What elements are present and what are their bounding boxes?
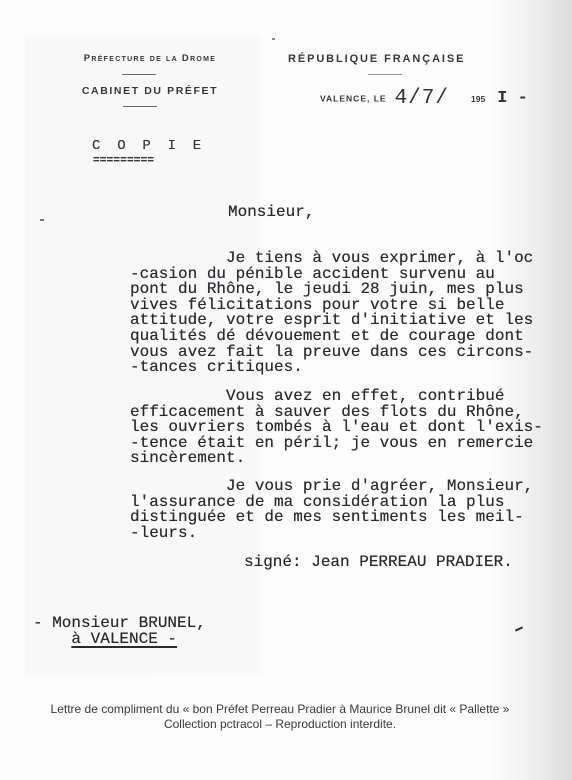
place-and-date: VALENCE, LE4/7/195I -: [320, 87, 528, 110]
signature: signé: Jean PERREAU PRADIER.: [244, 555, 513, 571]
scanned-letter-page: Préfecture de la Drome CABINET DU PRÉFET…: [0, 0, 572, 780]
salutation: Monsieur,: [228, 205, 314, 221]
addressee-indent: [33, 630, 71, 648]
copy-label: C O P I E: [92, 139, 205, 155]
letterhead-prefecture: Préfecture de la Drome: [55, 53, 245, 64]
letterhead-republique: RÉPUBLIQUE FRANÇAISE: [288, 53, 488, 65]
year-prefix: 195: [471, 94, 485, 104]
body-paragraph: Je tiens à vous exprimer, à l'oc -casion…: [130, 251, 533, 376]
ink-mark: [515, 626, 523, 631]
caption-line-2: Collection pctracol – Reproduction inter…: [0, 717, 560, 732]
body-paragraph: Je vous prie d'agréer, Monsieur, l'assur…: [130, 479, 533, 541]
addressee: - Monsieur BRUNEL, à VALENCE -: [33, 616, 206, 647]
letterhead-rule: [122, 74, 156, 75]
letterhead-cabinet: CABINET DU PRÉFET: [55, 85, 245, 97]
typed-date: 4/7/: [395, 87, 449, 110]
caption: Lettre de compliment du « bon Préfet Per…: [0, 702, 560, 732]
copy-underline: =========: [93, 154, 154, 170]
place-label: VALENCE, LE: [320, 94, 387, 104]
body-paragraph: Vous avez en effet, contribué efficaceme…: [130, 389, 543, 467]
addressee-city: à VALENCE -: [71, 630, 177, 648]
year-suffix: I -: [497, 89, 528, 108]
caption-line-1: Lettre de compliment du « bon Préfet Per…: [0, 702, 560, 717]
letterhead-rule: [123, 106, 157, 107]
ink-mark: [40, 219, 44, 221]
letterhead-rule: [368, 74, 402, 75]
ink-mark: [272, 38, 275, 40]
